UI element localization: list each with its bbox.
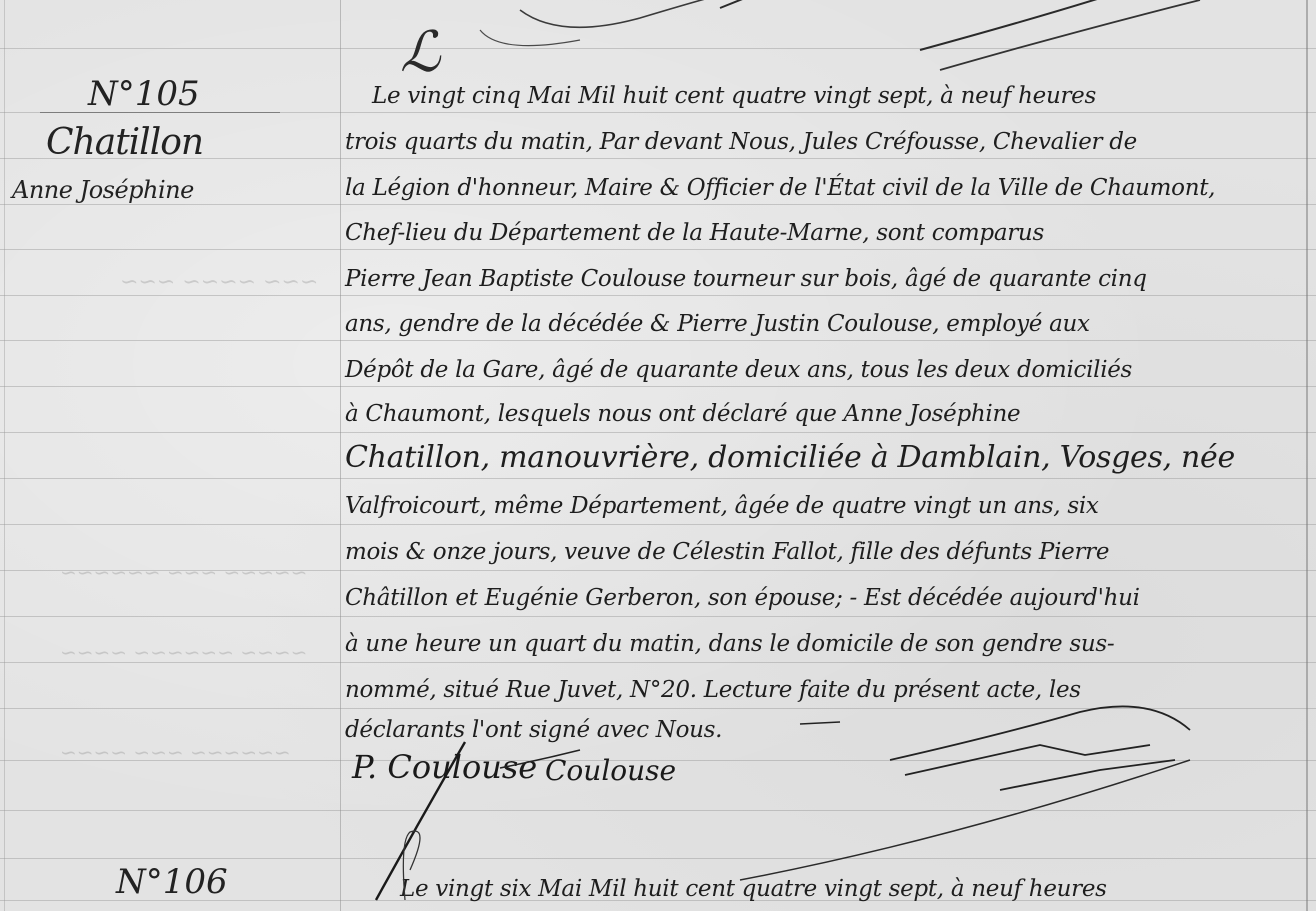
act-line-2: trois quarts du matin, Par devant Nous, …	[345, 128, 1295, 156]
act-line-6: ans, gendre de la décédée & Pierre Justi…	[345, 310, 1295, 338]
act-line-9: Chatillon, manouvrière, domiciliée à Dam…	[345, 444, 1295, 472]
act-line-11: mois & onze jours, veuve de Célestin Fal…	[345, 538, 1295, 566]
next-act-first-line: Le vingt six Mai Mil huit cent quatre vi…	[400, 875, 1316, 903]
act-line-12: Châtillon et Eugénie Gerberon, son épous…	[345, 584, 1295, 612]
decorative-initial-l: ℒ	[400, 20, 440, 85]
signature-declarant-1: P. Coulouse	[352, 748, 537, 786]
bleed-through-text: ~~~ ~~~~ ~~~	[120, 270, 318, 295]
act-line-14: nommé, situé Rue Juvet, N°20. Lecture fa…	[345, 676, 1295, 704]
register-page: ~~~ ~~~~ ~~~ ~~~~~ ~~~ ~~~~~~ ~~~~ ~~~~~…	[0, 0, 1316, 911]
act-line-1: Le vingt cinq Mai Mil huit cent quatre v…	[372, 82, 1316, 110]
ruled-line	[0, 616, 1316, 617]
ruled-line	[0, 524, 1316, 525]
bleed-through-text: ~~~~~ ~~~ ~~~~~~	[60, 560, 307, 584]
act-line-8: à Chaumont, lesquels nous ont déclaré qu…	[345, 400, 1295, 428]
ruled-line	[0, 249, 1316, 250]
act-line-7: Dépôt de la Gare, âgé de quarante deux a…	[345, 356, 1295, 384]
ruled-line	[0, 340, 1316, 341]
act-line-5: Pierre Jean Baptiste Coulouse tourneur s…	[345, 265, 1295, 293]
ruled-line	[0, 858, 1316, 859]
ruled-line	[0, 48, 1316, 49]
ruled-line	[0, 386, 1316, 387]
bleed-through-text: ~~~~ ~~~~~~ ~~~~	[60, 640, 307, 664]
ruled-line	[0, 295, 1316, 296]
act-line-15: déclarants l'ont signé avec Nous.	[345, 716, 1295, 744]
ruled-line	[0, 708, 1316, 709]
ruled-line	[0, 204, 1316, 205]
page-left-edge	[4, 0, 5, 911]
bleed-through-text: ~~~~~~ ~~~ ~~~~	[60, 740, 291, 764]
ruled-line	[0, 478, 1316, 479]
act-line-4: Chef-lieu du Département de la Haute-Mar…	[345, 219, 1295, 247]
act-line-3: la Légion d'honneur, Maire & Officier de…	[345, 174, 1295, 202]
act-line-13: à une heure un quart du matin, dans le d…	[345, 630, 1295, 658]
margin-underline	[40, 112, 280, 113]
ruled-line	[0, 432, 1316, 433]
signature-declarant-2: Coulouse	[545, 754, 676, 787]
act-line-10: Valfroicourt, même Département, âgée de …	[345, 492, 1295, 520]
margin-divider	[340, 0, 341, 911]
next-entry-number: N°106	[116, 862, 228, 902]
deceased-surname: Chatillon	[46, 122, 203, 163]
deceased-given-names: Anne Joséphine	[12, 176, 194, 204]
page-right-edge	[1306, 0, 1308, 911]
ruled-line	[0, 810, 1316, 811]
entry-number: N°105	[88, 74, 200, 114]
